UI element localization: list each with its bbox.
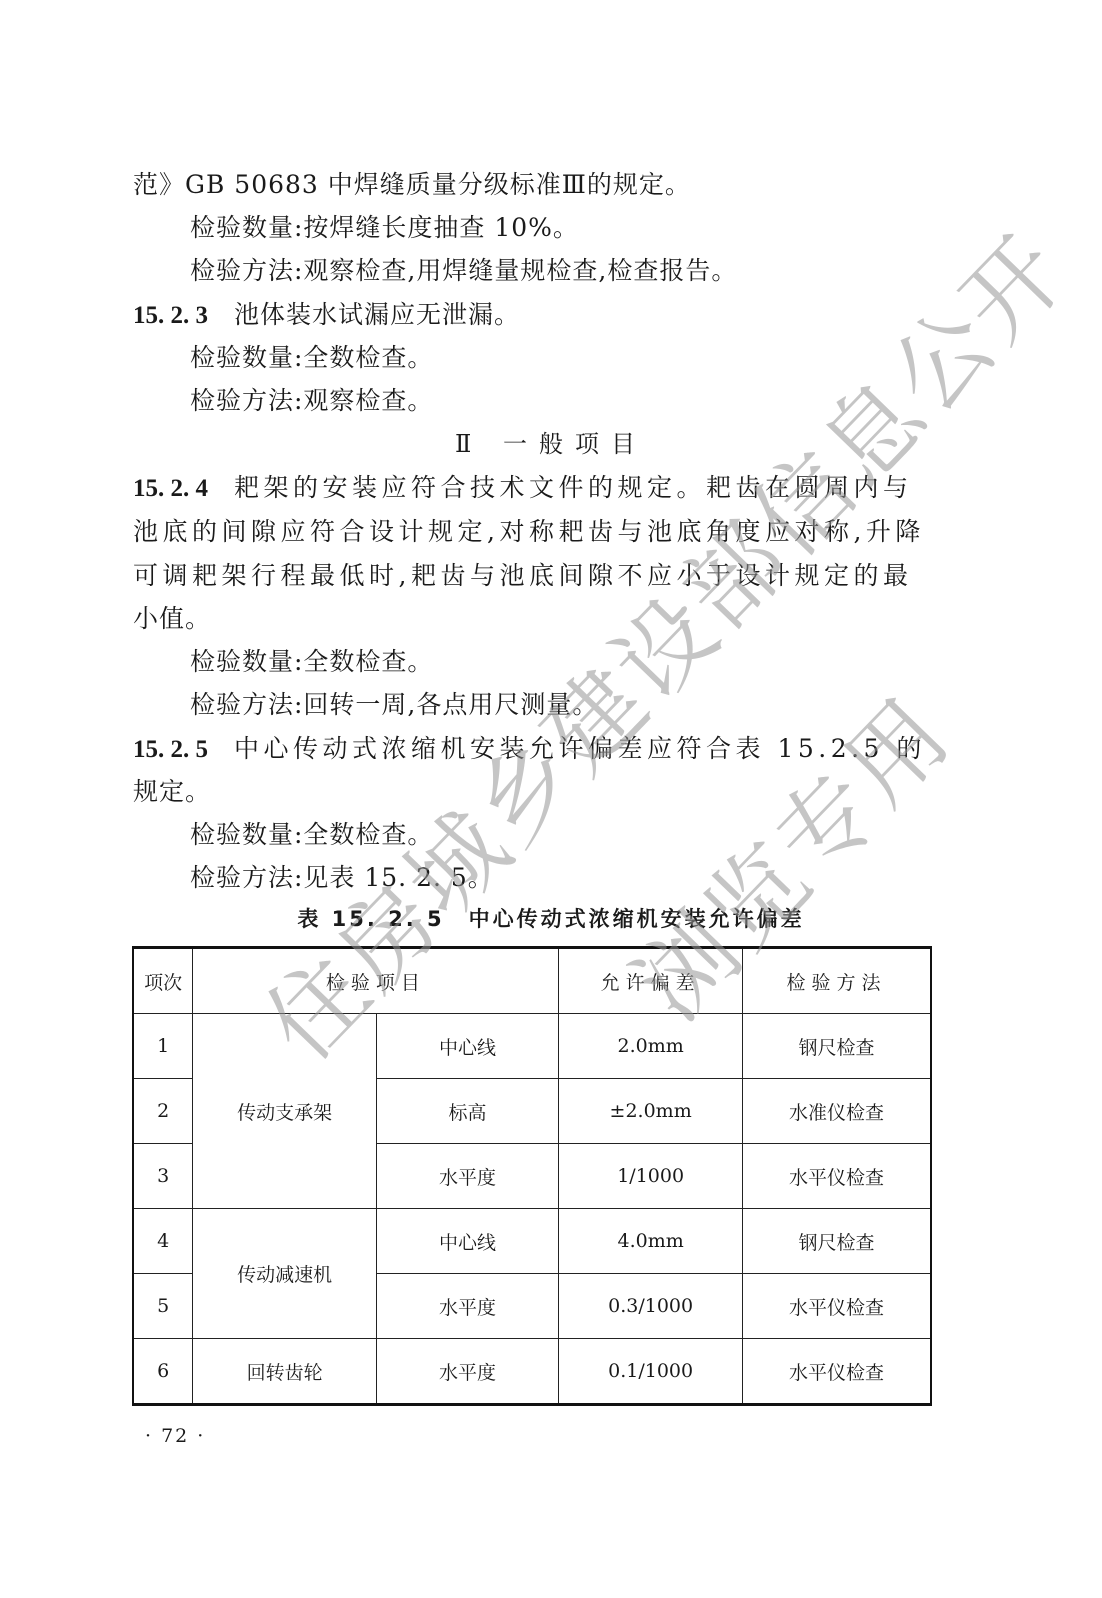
- document-page: 范》GB 50683 中焊缝质量分级标准Ⅲ的规定。 检验数量:按焊缝长度抽查 1…: [0, 0, 1102, 1598]
- header-no: 项次: [133, 948, 193, 1014]
- inspection-method: 检验方法:见表 15. 2. 5。: [190, 863, 990, 893]
- clause-text-continued: 池底的间隙应符合设计规定,对称耙齿与池底角度应对称,升降: [133, 517, 933, 547]
- clause-15-2-5: 15. 2. 5中心传动式浓缩机安装允许偏差应符合表 15.2.5 的: [133, 734, 933, 765]
- cell-item: 水平度: [376, 1144, 558, 1209]
- inspection-quantity: 检验数量:全数检查。: [190, 343, 990, 373]
- cell-item: 中心线: [376, 1209, 558, 1274]
- table-row: 6 回转齿轮 水平度 0.1/1000 水平仪检查: [133, 1339, 931, 1405]
- clause-number: 15. 2. 4: [133, 475, 208, 502]
- inspection-quantity: 检验数量:全数检查。: [190, 647, 990, 677]
- cell-no: 4: [133, 1209, 193, 1274]
- body-text-line: 范》GB 50683 中焊缝质量分级标准Ⅲ的规定。: [133, 170, 933, 200]
- clause-text-continued: 规定。: [133, 777, 933, 807]
- cell-method: 钢尺检查: [742, 1014, 931, 1079]
- inspection-quantity: 检验数量:按焊缝长度抽查 10%。: [190, 213, 990, 243]
- cell-group: 传动减速机: [193, 1209, 376, 1339]
- cell-no: 2: [133, 1079, 193, 1144]
- cell-method: 钢尺检查: [742, 1209, 931, 1274]
- inspection-quantity: 检验数量:全数检查。: [190, 820, 990, 850]
- cell-item: 水平度: [376, 1274, 558, 1339]
- cell-tolerance: ±2.0mm: [559, 1079, 743, 1144]
- table-caption: 表 15. 2. 5 中心传动式浓缩机安装允许偏差: [0, 906, 1102, 932]
- cell-method: 水准仪检查: [742, 1079, 931, 1144]
- cell-tolerance: 0.3/1000: [559, 1274, 743, 1339]
- cell-tolerance: 0.1/1000: [559, 1339, 743, 1405]
- section-heading: Ⅱ 一般项目: [0, 429, 1102, 459]
- clause-number: 15. 2. 3: [133, 302, 208, 329]
- cell-no: 3: [133, 1144, 193, 1209]
- inspection-method: 检验方法:观察检查。: [190, 386, 990, 416]
- header-method: 检验方法: [742, 948, 931, 1014]
- clause-text: 池体装水试漏应无泄漏。: [234, 300, 520, 329]
- clause-text-continued: 小值。: [133, 604, 933, 634]
- clause-number: 15. 2. 5: [133, 736, 208, 763]
- table-row: 4 传动减速机 中心线 4.0mm 钢尺检查: [133, 1209, 931, 1274]
- table-header-row: 项次 检验项目 允许偏差 检验方法: [133, 948, 931, 1014]
- inspection-method: 检验方法:观察检查,用焊缝量规检查,检查报告。: [190, 256, 990, 286]
- cell-tolerance: 4.0mm: [559, 1209, 743, 1274]
- cell-item: 标高: [376, 1079, 558, 1144]
- cell-no: 1: [133, 1014, 193, 1079]
- cell-tolerance: 2.0mm: [559, 1014, 743, 1079]
- cell-group: 回转齿轮: [193, 1339, 376, 1405]
- clause-15-2-4: 15. 2. 4耙架的安装应符合技术文件的规定。耙齿在圆周内与: [133, 473, 933, 504]
- clause-15-2-3: 15. 2. 3池体装水试漏应无泄漏。: [133, 300, 933, 331]
- header-tolerance: 允许偏差: [559, 948, 743, 1014]
- cell-no: 6: [133, 1339, 193, 1405]
- cell-tolerance: 1/1000: [559, 1144, 743, 1209]
- clause-text: 耙架的安装应符合技术文件的规定。耙齿在圆周内与: [234, 473, 913, 502]
- table-row: 1 传动支承架 中心线 2.0mm 钢尺检查: [133, 1014, 931, 1079]
- cell-group: 传动支承架: [193, 1014, 376, 1209]
- clause-text-continued: 可调耙架行程最低时,耙齿与池底间隙不应小于设计规定的最: [133, 561, 933, 591]
- cell-method: 水平仪检查: [742, 1274, 931, 1339]
- page-number: · 72 ·: [145, 1424, 205, 1448]
- cell-no: 5: [133, 1274, 193, 1339]
- header-item: 检验项目: [193, 948, 559, 1014]
- clause-text: 中心传动式浓缩机安装允许偏差应符合表 15.2.5 的: [234, 734, 926, 763]
- cell-item: 中心线: [376, 1014, 558, 1079]
- cell-item: 水平度: [376, 1339, 558, 1405]
- inspection-method: 检验方法:回转一周,各点用尺测量。: [190, 690, 990, 720]
- tolerance-table: 项次 检验项目 允许偏差 检验方法 1 传动支承架 中心线 2.0mm 钢尺检查…: [132, 946, 932, 1406]
- cell-method: 水平仪检查: [742, 1339, 931, 1405]
- cell-method: 水平仪检查: [742, 1144, 931, 1209]
